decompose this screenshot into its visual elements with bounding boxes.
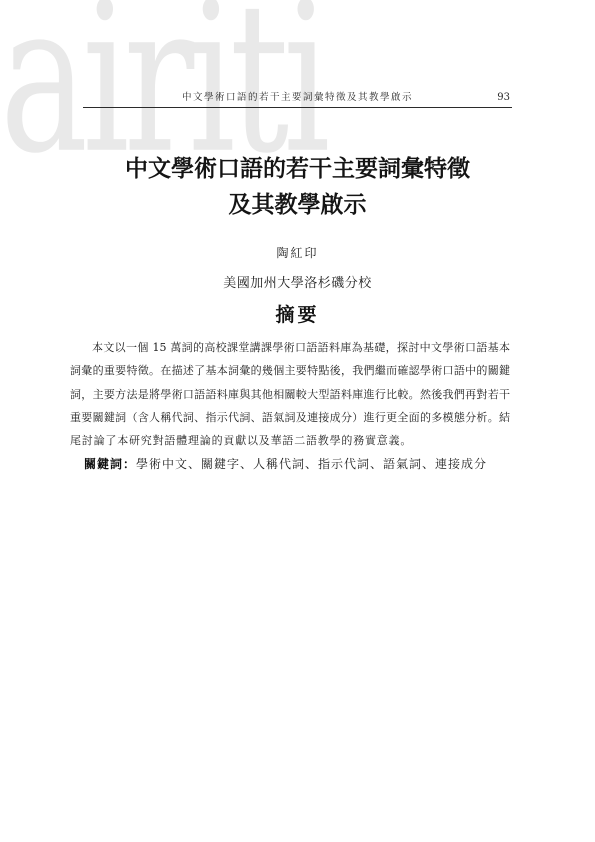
author-name: 陶紅印: [0, 243, 595, 264]
paper-page: airiti 中文學術口語的若干主要詞彙特徵及其教學啟示 93 中文學術口語的若…: [0, 0, 595, 842]
page-content: 中文學術口語的若干主要詞彙特徵及其教學啟示 93 中文學術口語的若干主要詞彙特徵…: [0, 0, 595, 842]
page-number: 93: [497, 92, 510, 103]
abstract-line: 重要關鍵詞（含人稱代詞、指示代詞、語氣詞及連接成分）進行更全面的多模態分析。結: [70, 406, 510, 429]
abstract-line: 尾討論了本研究對語體理論的貢獻以及華語二語教學的務實意義。: [70, 429, 510, 452]
abstract-paragraph: 本文以一個 15 萬詞的高校課堂講課學術口語語料庫為基礎，探討中文學術口語基本 …: [70, 336, 510, 452]
abstract-heading: 摘要: [0, 302, 595, 329]
abstract-line: 詞彙的重要特徵。在描述了基本詞彙的幾個主要特點後，我們繼而確認學術口語中的關鍵: [70, 359, 510, 382]
keywords-line: 關鍵詞：學術中文、關鍵字、人稱代詞、指示代詞、語氣詞、連接成分: [84, 453, 544, 476]
running-header: 中文學術口語的若干主要詞彙特徵及其教學啟示 93: [83, 86, 512, 108]
article-title-line-2: 及其教學啟示: [0, 187, 595, 223]
article-title-line-1: 中文學術口語的若干主要詞彙特徵: [0, 151, 595, 187]
author-affiliation: 美國加州大學洛杉磯分校: [0, 273, 595, 294]
article-title: 中文學術口語的若干主要詞彙特徵 及其教學啟示: [0, 151, 595, 222]
keywords-terms: 學術中文、關鍵字、人稱代詞、指示代詞、語氣詞、連接成分: [136, 457, 487, 471]
keywords-label: 關鍵詞：: [84, 457, 136, 471]
running-header-title: 中文學術口語的若干主要詞彙特徵及其教學啟示: [83, 89, 512, 103]
abstract-line: 詞，主要方法是將學術口語語料庫與其他相關較大型語料庫進行比較。然後我們再對若干: [70, 383, 510, 406]
abstract-line: 本文以一個 15 萬詞的高校課堂講課學術口語語料庫為基礎，探討中文學術口語基本: [70, 336, 510, 359]
